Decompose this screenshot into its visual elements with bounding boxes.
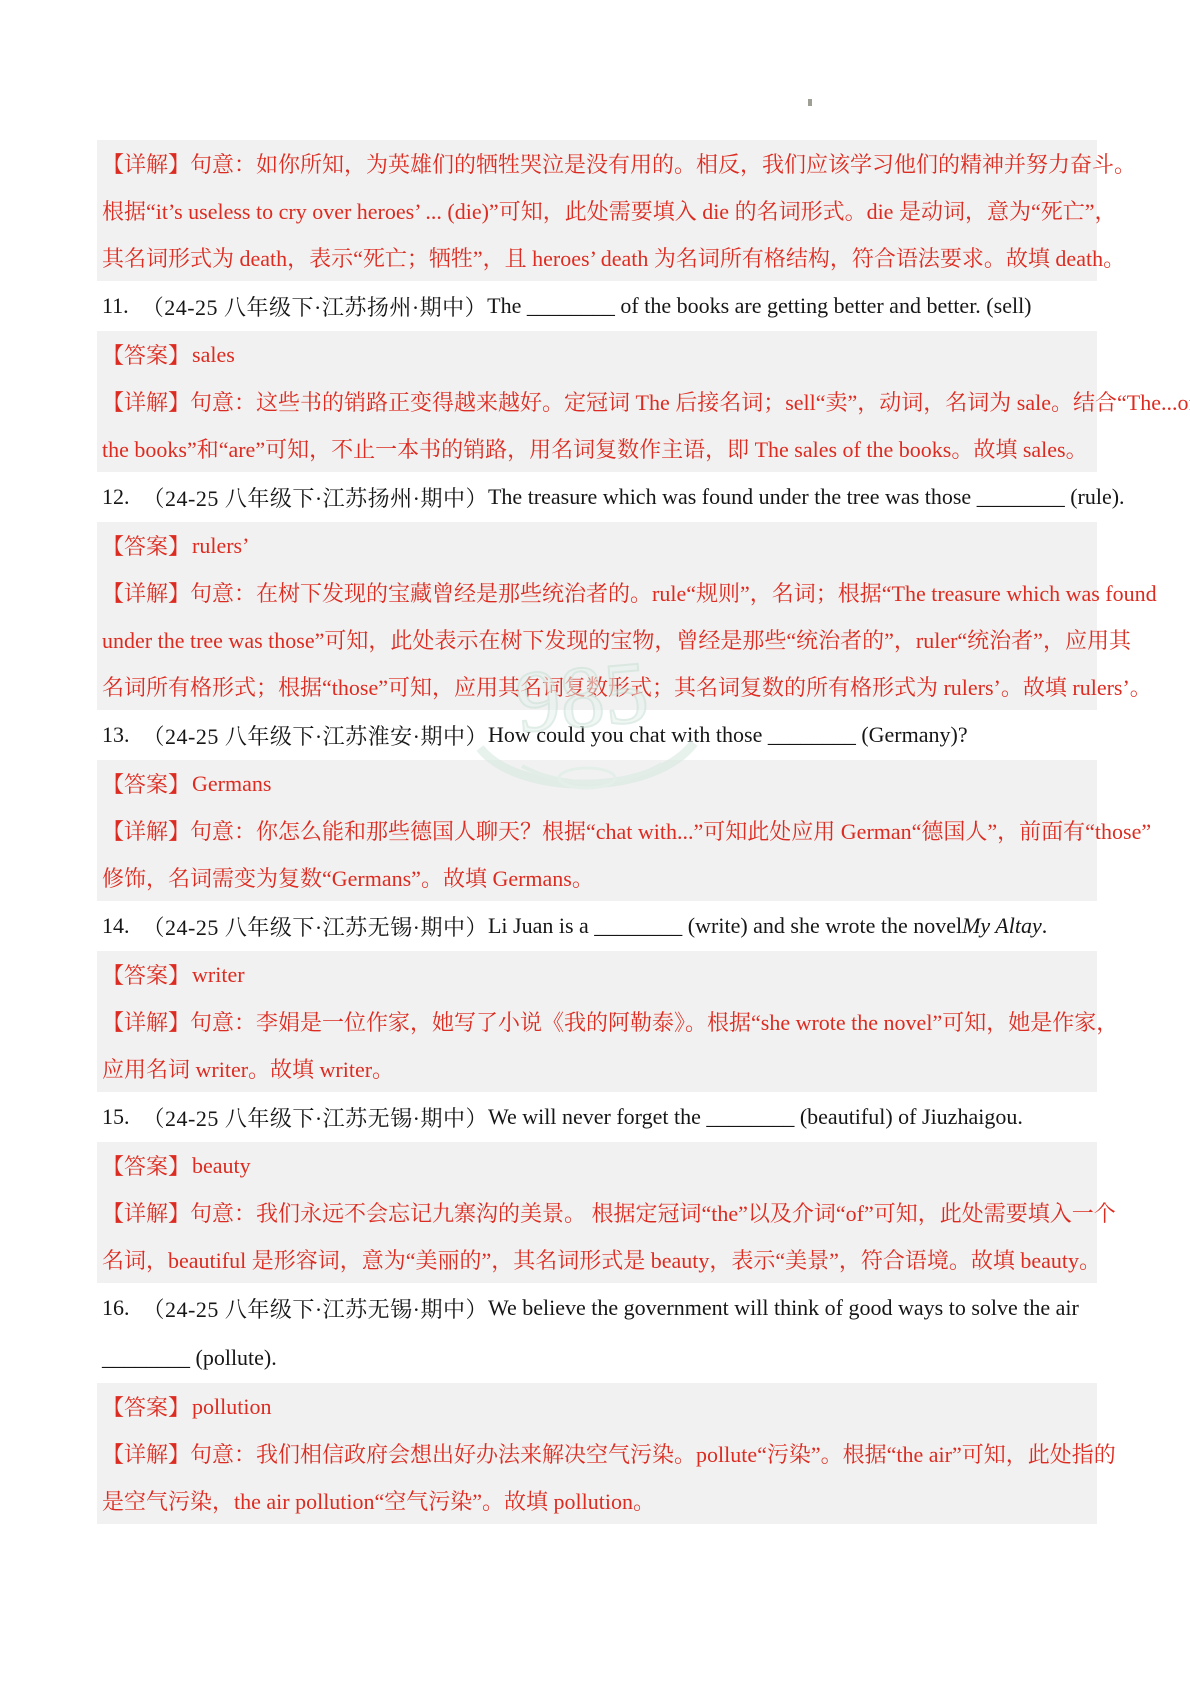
- explanation-line: 应用名词 writer。故填 writer。: [97, 1045, 1097, 1092]
- question-16-row-line1: 16. （24-25 八年级下·江苏无锡·期中） We believe the …: [97, 1283, 1097, 1333]
- explanation-line: 其名词形式为 death，表示“死亡；牺牲”，且 heroes’ death 为…: [97, 234, 1097, 281]
- question-11-number: 11.: [102, 293, 129, 319]
- question-16-row-line2: ________ (pollute).: [97, 1333, 1097, 1383]
- question-11-text: The ________ of the books are getting be…: [487, 293, 1031, 319]
- explanation-line: 【详解】句意：你怎么能和那些德国人聊天？根据“chat with...”可知此处…: [97, 807, 1097, 854]
- answer-label: 【答案】: [102, 959, 190, 990]
- answer-value-q15: beauty: [192, 1153, 251, 1179]
- answer-block-q14: 【答案】 writer 【详解】句意：李娟是一位作家，她写了小说《我的阿勒泰》。…: [97, 951, 1097, 1092]
- answer-line-q16: 【答案】 pollution: [97, 1383, 1097, 1430]
- answer-block-q12: 【答案】 rulers’ 【详解】句意：在树下发现的宝藏曾经是那些统治者的。ru…: [97, 522, 1097, 710]
- question-11-row: 11. （24-25 八年级下·江苏扬州·期中） The ________ of…: [97, 281, 1097, 331]
- question-14-novel-title: My Altay: [962, 913, 1042, 939]
- answer-value-q16: pollution: [192, 1394, 271, 1420]
- document-page: 985 【详解】句意：如你所知，为英雄们的牺牲哭泣是没有用的。相反，我们应该学习…: [0, 0, 1190, 1683]
- question-15-text: We will never forget the ________ (beaut…: [488, 1104, 1023, 1130]
- answer-value-q13: Germans: [192, 771, 271, 797]
- question-12-source-tag: （24-25 八年级下·江苏扬州·期中）: [143, 482, 488, 513]
- answer-block-q13: 【答案】 Germans 【详解】句意：你怎么能和那些德国人聊天？根据“chat…: [97, 760, 1097, 901]
- question-14-text-before: Li Juan is a ________ (write) and she wr…: [488, 913, 962, 939]
- explanation-line: 【详解】句意：我们永远不会忘记九寨沟的美景。 根据定冠词“the”以及介词“of…: [97, 1189, 1097, 1236]
- answer-label: 【答案】: [102, 1391, 190, 1422]
- question-12-text: The treasure which was found under the t…: [488, 484, 1125, 510]
- explanation-line: the books”和“are”可知，不止一本书的销路，用名词复数作主语，即 T…: [97, 425, 1097, 472]
- explanation-line: 【详解】句意：如你所知，为英雄们的牺牲哭泣是没有用的。相反，我们应该学习他们的精…: [97, 140, 1097, 187]
- explanation-line: 【详解】句意：在树下发现的宝藏曾经是那些统治者的。rule“规则”，名词；根据“…: [97, 569, 1097, 616]
- answer-block-q11: 【答案】 sales 【详解】句意：这些书的销路正变得越来越好。定冠词 The …: [97, 331, 1097, 472]
- explanation-line: 修饰，名词需变为复数“Germans”。故填 Germans。: [97, 854, 1097, 901]
- question-13-row: 13. （24-25 八年级下·江苏淮安·期中） How could you c…: [97, 710, 1097, 760]
- question-16-text-line2: ________ (pollute).: [102, 1345, 277, 1371]
- answer-label: 【答案】: [102, 1150, 190, 1181]
- explanation-line: 【详解】句意：我们相信政府会想出好办法来解决空气污染。pollute“污染”。根…: [97, 1430, 1097, 1477]
- answer-value-q14: writer: [192, 962, 245, 988]
- explanation-line: 【详解】句意：这些书的销路正变得越来越好。定冠词 The 后接名词；sell“卖…: [97, 378, 1097, 425]
- question-13-text: How could you chat with those ________ (…: [488, 722, 968, 748]
- explanation-line: 是空气污染，the air pollution“空气污染”。故填 polluti…: [97, 1477, 1097, 1524]
- answer-block-q15: 【答案】 beauty 【详解】句意：我们永远不会忘记九寨沟的美景。 根据定冠词…: [97, 1142, 1097, 1283]
- explanation-line: under the tree was those”可知，此处表示在树下发现的宝物…: [97, 616, 1097, 663]
- question-16-text-line1: We believe the government will think of …: [488, 1295, 1079, 1321]
- question-13-source-tag: （24-25 八年级下·江苏淮安·期中）: [143, 720, 488, 751]
- answer-label: 【答案】: [102, 530, 190, 561]
- answer-value-q12: rulers’: [192, 533, 249, 559]
- question-14-number: 14.: [102, 913, 130, 939]
- question-12-row: 12. （24-25 八年级下·江苏扬州·期中） The treasure wh…: [97, 472, 1097, 522]
- explanation-line: 根据“it’s useless to cry over heroes’ ... …: [97, 187, 1097, 234]
- answer-line-q12: 【答案】 rulers’: [97, 522, 1097, 569]
- explanation-line: 【详解】句意：李娟是一位作家，她写了小说《我的阿勒泰》。根据“she wrote…: [97, 998, 1097, 1045]
- answer-value-q11: sales: [192, 342, 235, 368]
- answer-line-q14: 【答案】 writer: [97, 951, 1097, 998]
- answer-line-q13: 【答案】 Germans: [97, 760, 1097, 807]
- answer-label: 【答案】: [102, 768, 190, 799]
- stray-speck: [808, 99, 812, 106]
- answer-block-q16: 【答案】 pollution 【详解】句意：我们相信政府会想出好办法来解决空气污…: [97, 1383, 1097, 1524]
- answer-line-q15: 【答案】 beauty: [97, 1142, 1097, 1189]
- question-13-number: 13.: [102, 722, 130, 748]
- explanation-line: 名词，beautiful 是形容词，意为“美丽的”，其名词形式是 beauty，…: [97, 1236, 1097, 1283]
- question-15-source-tag: （24-25 八年级下·江苏无锡·期中）: [143, 1102, 488, 1133]
- question-12-number: 12.: [102, 484, 130, 510]
- question-14-text-after: .: [1042, 913, 1048, 939]
- question-11-source-tag: （24-25 八年级下·江苏扬州·期中）: [142, 291, 487, 322]
- answer-line-q11: 【答案】 sales: [97, 331, 1097, 378]
- answer-label: 【答案】: [102, 339, 190, 370]
- explanation-block-death: 【详解】句意：如你所知，为英雄们的牺牲哭泣是没有用的。相反，我们应该学习他们的精…: [97, 140, 1097, 281]
- question-14-row: 14. （24-25 八年级下·江苏无锡·期中） Li Juan is a __…: [97, 901, 1097, 951]
- question-16-number: 16.: [102, 1295, 130, 1321]
- page-content: 【详解】句意：如你所知，为英雄们的牺牲哭泣是没有用的。相反，我们应该学习他们的精…: [97, 140, 1097, 1524]
- explanation-line: 名词所有格形式；根据“those”可知，应用其名词复数形式；其名词复数的所有格形…: [97, 663, 1097, 710]
- question-15-number: 15.: [102, 1104, 130, 1130]
- question-16-source-tag: （24-25 八年级下·江苏无锡·期中）: [143, 1293, 488, 1324]
- question-15-row: 15. （24-25 八年级下·江苏无锡·期中） We will never f…: [97, 1092, 1097, 1142]
- question-14-source-tag: （24-25 八年级下·江苏无锡·期中）: [143, 911, 488, 942]
